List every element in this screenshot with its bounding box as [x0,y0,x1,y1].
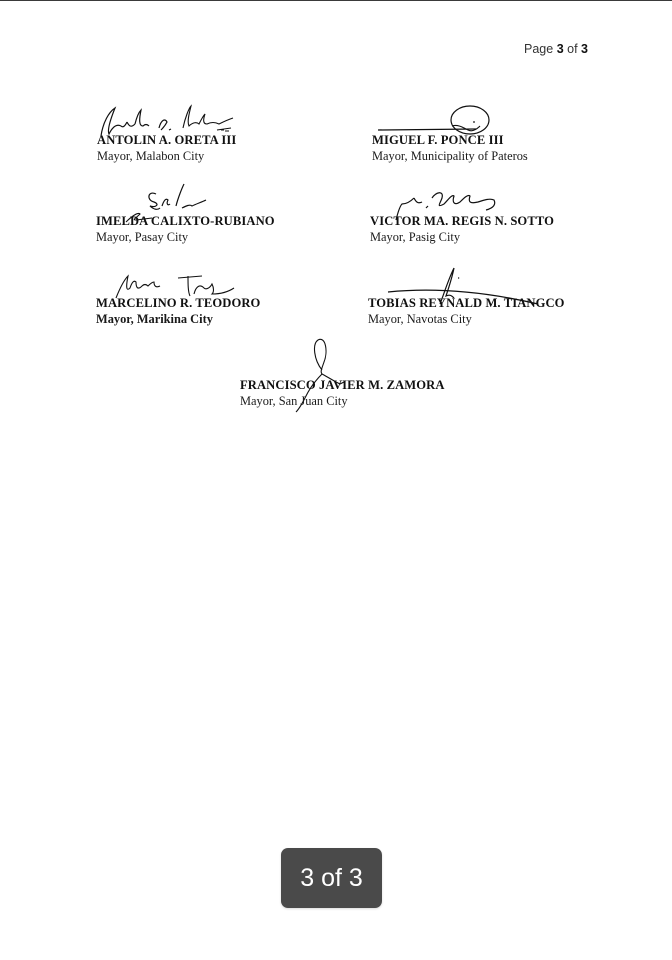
signature-block-calixto-rubiano: IMELDA CALIXTO-RUBIANO Mayor, Pasay City [96,182,376,252]
page-number-header: Page 3 of 3 [524,42,588,56]
signature-block-oreta: ANTOLIN A. ORETA III Mayor, Malabon City [97,100,377,170]
signatory-title: Mayor, Municipality of Pateros [372,149,528,164]
signatory-name: TOBIAS REYNALD M. TIANGCO [368,296,565,311]
signatory-title: Mayor, Pasig City [370,230,460,245]
signatory-title: Mayor, Pasay City [96,230,188,245]
signatory-title: Mayor, San Juan City [240,394,348,409]
viewer-top-border [0,0,672,1]
signature-block-teodoro: MARCELINO R. TEODORO Mayor, Marikina Cit… [96,264,376,334]
signatory-name: IMELDA CALIXTO-RUBIANO [96,214,275,229]
signature-block-zamora: FRANCISCO JAVIER M. ZAMORA Mayor, San Ju… [240,336,480,416]
signatory-name: FRANCISCO JAVIER M. ZAMORA [240,378,445,393]
signatory-name: MIGUEL F. PONCE III [372,133,504,148]
signatory-name: MARCELINO R. TEODORO [96,296,260,311]
signature-block-sotto: VICTOR MA. REGIS N. SOTTO Mayor, Pasig C… [370,182,650,252]
signatory-name: VICTOR MA. REGIS N. SOTTO [370,214,554,229]
signature-block-ponce: MIGUEL F. PONCE III Mayor, Municipality … [372,100,652,170]
signature-block-tiangco: TOBIAS REYNALD M. TIANGCO Mayor, Navotas… [368,264,648,334]
page-indicator-badge: 3 of 3 [281,848,382,908]
signatory-title: Mayor, Malabon City [97,149,204,164]
signatory-title: Mayor, Marikina City [96,312,213,327]
signatory-name: ANTOLIN A. ORETA III [97,133,236,148]
signatory-title: Mayor, Navotas City [368,312,472,327]
